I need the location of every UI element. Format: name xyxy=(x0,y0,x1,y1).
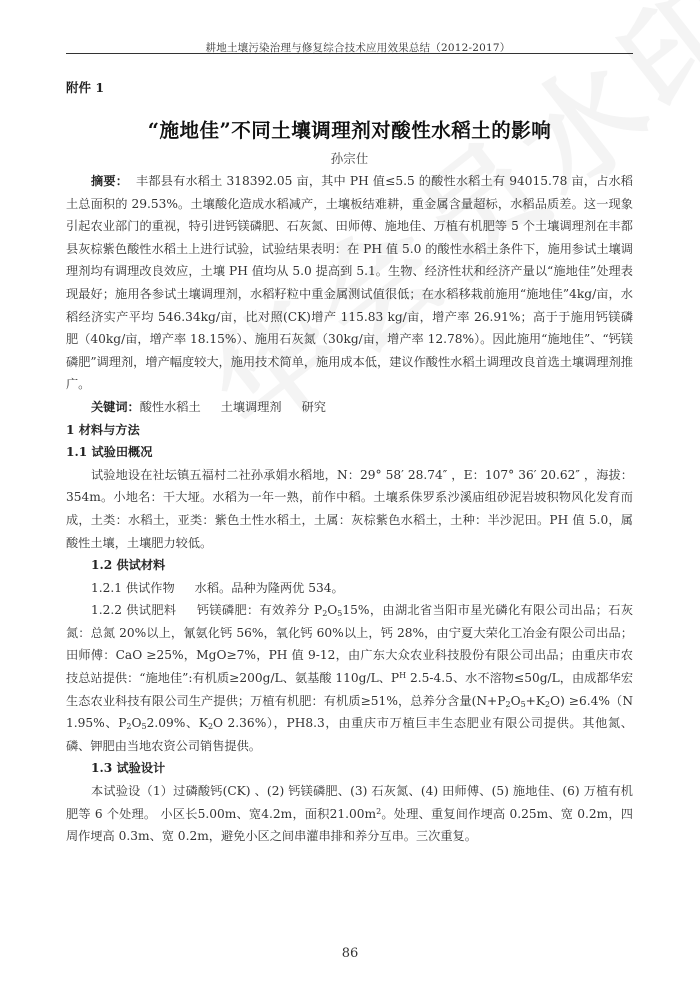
section-heading-1-1: 1.1 试验田概况 xyxy=(66,441,633,464)
section-heading-1-3: 1.3 试验设计 xyxy=(66,757,633,780)
section-heading-1-2: 1.2 供试材料 xyxy=(66,554,633,577)
abstract-label: 摘要： xyxy=(91,174,128,188)
text-run: +K xyxy=(526,694,545,708)
text-run: O xyxy=(511,694,521,708)
annex-label: 附件 1 xyxy=(66,78,104,96)
section-1-3-text: 本试验设（1）过磷酸钙(CK) 、(2) 钙镁磷肥、(3) 石灰氮、(4) 田师… xyxy=(66,780,633,848)
abstract-text: 丰都县有水稻土 318392.05 亩，其中 PH 值≤5.5 的酸性水稻土有 … xyxy=(66,174,633,391)
text-run: O xyxy=(327,603,337,617)
author: 孙宗仕 xyxy=(66,149,633,167)
header-rule xyxy=(66,53,633,54)
keyword: 研究 xyxy=(302,400,326,414)
keywords: 关键词：酸性水稻土土壤调理剂研究 xyxy=(66,396,633,419)
section-1-2-1-text: 水稻。品种为隆两优 534。 xyxy=(195,581,344,595)
text-run: 2.09%、K xyxy=(147,716,208,730)
text-run: O xyxy=(132,716,142,730)
keyword: 酸性水稻土 xyxy=(140,400,201,414)
section-1-2-1-label: 1.2.1 供试作物 xyxy=(91,581,175,595)
keyword: 土壤调理剂 xyxy=(221,400,282,414)
section-1-2-1: 1.2.1 供试作物水稻。品种为隆两优 534。 xyxy=(66,577,633,600)
section-1-1-text: 试验地设在社坛镇五福村二社孙承娟水稻地，N：29° 58′ 28.74″ ，E：… xyxy=(66,464,633,554)
document-body: 摘要：丰都县有水稻土 318392.05 亩，其中 PH 值≤5.5 的酸性水稻… xyxy=(66,170,633,848)
section-1-2-2: 1.2.2 供试肥料钙镁磷肥：有效养分 P2O515%，由湖北省当阳市星光磷化有… xyxy=(66,599,633,757)
text-run: 钙镁磷肥：有效养分 P xyxy=(196,603,322,617)
section-1-2-2-label: 1.2.2 供试肥料 xyxy=(91,603,176,617)
keywords-label: 关键词： xyxy=(91,400,140,414)
superscript: H xyxy=(399,671,406,680)
section-heading-1: 1 材料与方法 xyxy=(66,419,633,442)
page-number: 86 xyxy=(0,946,700,961)
abstract: 摘要：丰都县有水稻土 318392.05 亩，其中 PH 值≤5.5 的酸性水稻… xyxy=(66,170,633,396)
document-title: “施地佳”不同土壤调理剂对酸性水稻土的影响 xyxy=(66,115,633,143)
